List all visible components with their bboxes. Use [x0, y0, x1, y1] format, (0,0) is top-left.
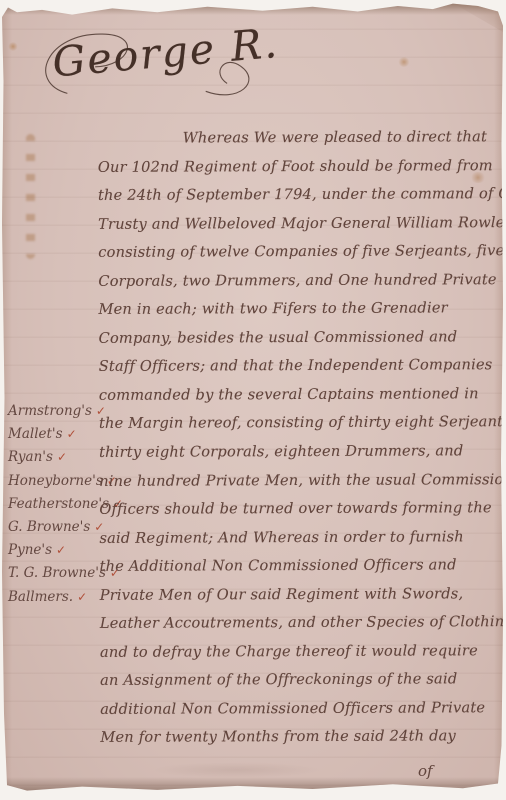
captain-name-text: Mallet's [8, 426, 63, 442]
manuscript-line: the 24th of September 1794, under the co… [98, 180, 500, 210]
margin-captain-name: Featherstone's✓ [8, 493, 108, 516]
captain-name-text: Featherstone's [8, 496, 109, 512]
ink-stain [26, 134, 35, 259]
foxing-spot [398, 57, 410, 67]
smudge [152, 762, 322, 778]
folded-corner [451, 2, 503, 32]
margin-captain-name: Honeyborne's✓ [8, 470, 108, 493]
manuscript-line: Corporals, two Drummers, and One hundred… [98, 266, 500, 296]
signature-text: George R. [51, 18, 294, 87]
manuscript-line: Trusty and Wellbeloved Major General Wil… [98, 209, 500, 239]
manuscript-line: Our 102nd Regiment of Foot should be for… [98, 152, 500, 182]
manuscript-line: additional Non Commissioned Officers and… [100, 694, 502, 724]
manuscript-line: the Margin hereof, consisting of thirty … [99, 409, 501, 439]
manuscript-line: thirty eight Corporals, eighteen Drummer… [99, 437, 501, 467]
captain-name-text: Honeyborne's [8, 473, 103, 489]
captain-name-text: G. Browne's [8, 519, 90, 535]
manuscript-line: Staff Officers; and that the Independent… [99, 351, 501, 381]
manuscript-line: the Additional Non Commissioned Officers… [100, 551, 502, 581]
letter-body: Whereas We were pleased to direct that O… [98, 123, 503, 753]
foxing-spot [8, 42, 18, 51]
checkmark-icon: ✓ [77, 590, 87, 604]
royal-signature: George R. [51, 18, 298, 129]
margin-captain-name: Mallet's✓ [8, 423, 108, 446]
margin-captain-name: Pyne's✓ [8, 539, 108, 562]
captain-name-text: Ryan's [8, 449, 53, 465]
captain-name-text: Pyne's [8, 542, 52, 558]
manuscript-line: consisting of twelve Companies of five S… [98, 237, 500, 267]
margin-captain-name: G. Browne's✓ [8, 516, 108, 539]
checkmark-icon: ✓ [67, 427, 77, 441]
margin-captain-name: Ballmers.✓ [8, 586, 108, 609]
captain-name-text: T. G. Browne's [8, 565, 106, 581]
manuscript-page: George R. Armstrong's✓ Mallet's✓ Ryan's✓… [2, 2, 503, 793]
manuscript-line: Whereas We were pleased to direct that [98, 123, 500, 153]
manuscript-line: Private Men of Our said Regiment with Sw… [100, 580, 502, 610]
checkmark-icon: ✓ [57, 450, 67, 464]
manuscript-line: an Assignment of the Offreckonings of th… [100, 666, 502, 696]
manuscript-line: said Regiment; And Whereas in order to f… [99, 523, 501, 553]
captain-name-text: Armstrong's [8, 403, 92, 419]
manuscript-line: Men for twenty Months from the said 24th… [100, 723, 502, 753]
margin-captain-name: T. G. Browne's✓ [8, 562, 108, 585]
margin-captain-name: Armstrong's✓ [8, 400, 108, 423]
catchword: of [418, 762, 433, 780]
manuscript-line: Men in each; with two Fifers to the Gren… [98, 294, 500, 324]
manuscript-line: Leather Accoutrements, and other Species… [100, 608, 502, 638]
checkmark-icon: ✓ [56, 543, 66, 557]
document-photo: George R. Armstrong's✓ Mallet's✓ Ryan's✓… [0, 0, 506, 800]
margin-captain-name: Ryan's✓ [8, 446, 108, 469]
margin-captains-list: Armstrong's✓ Mallet's✓ Ryan's✓ Honeyborn… [8, 400, 108, 609]
manuscript-line: nine hundred Private Men, with the usual… [99, 466, 501, 496]
captain-name-text: Ballmers. [8, 589, 73, 605]
manuscript-line: Officers should be turned over towards f… [99, 494, 501, 524]
manuscript-line: and to defray the Charge thereof it woul… [100, 637, 502, 667]
manuscript-line: Company, besides the usual Commissioned … [99, 323, 501, 353]
manuscript-line: commanded by the several Captains mentio… [99, 380, 501, 410]
